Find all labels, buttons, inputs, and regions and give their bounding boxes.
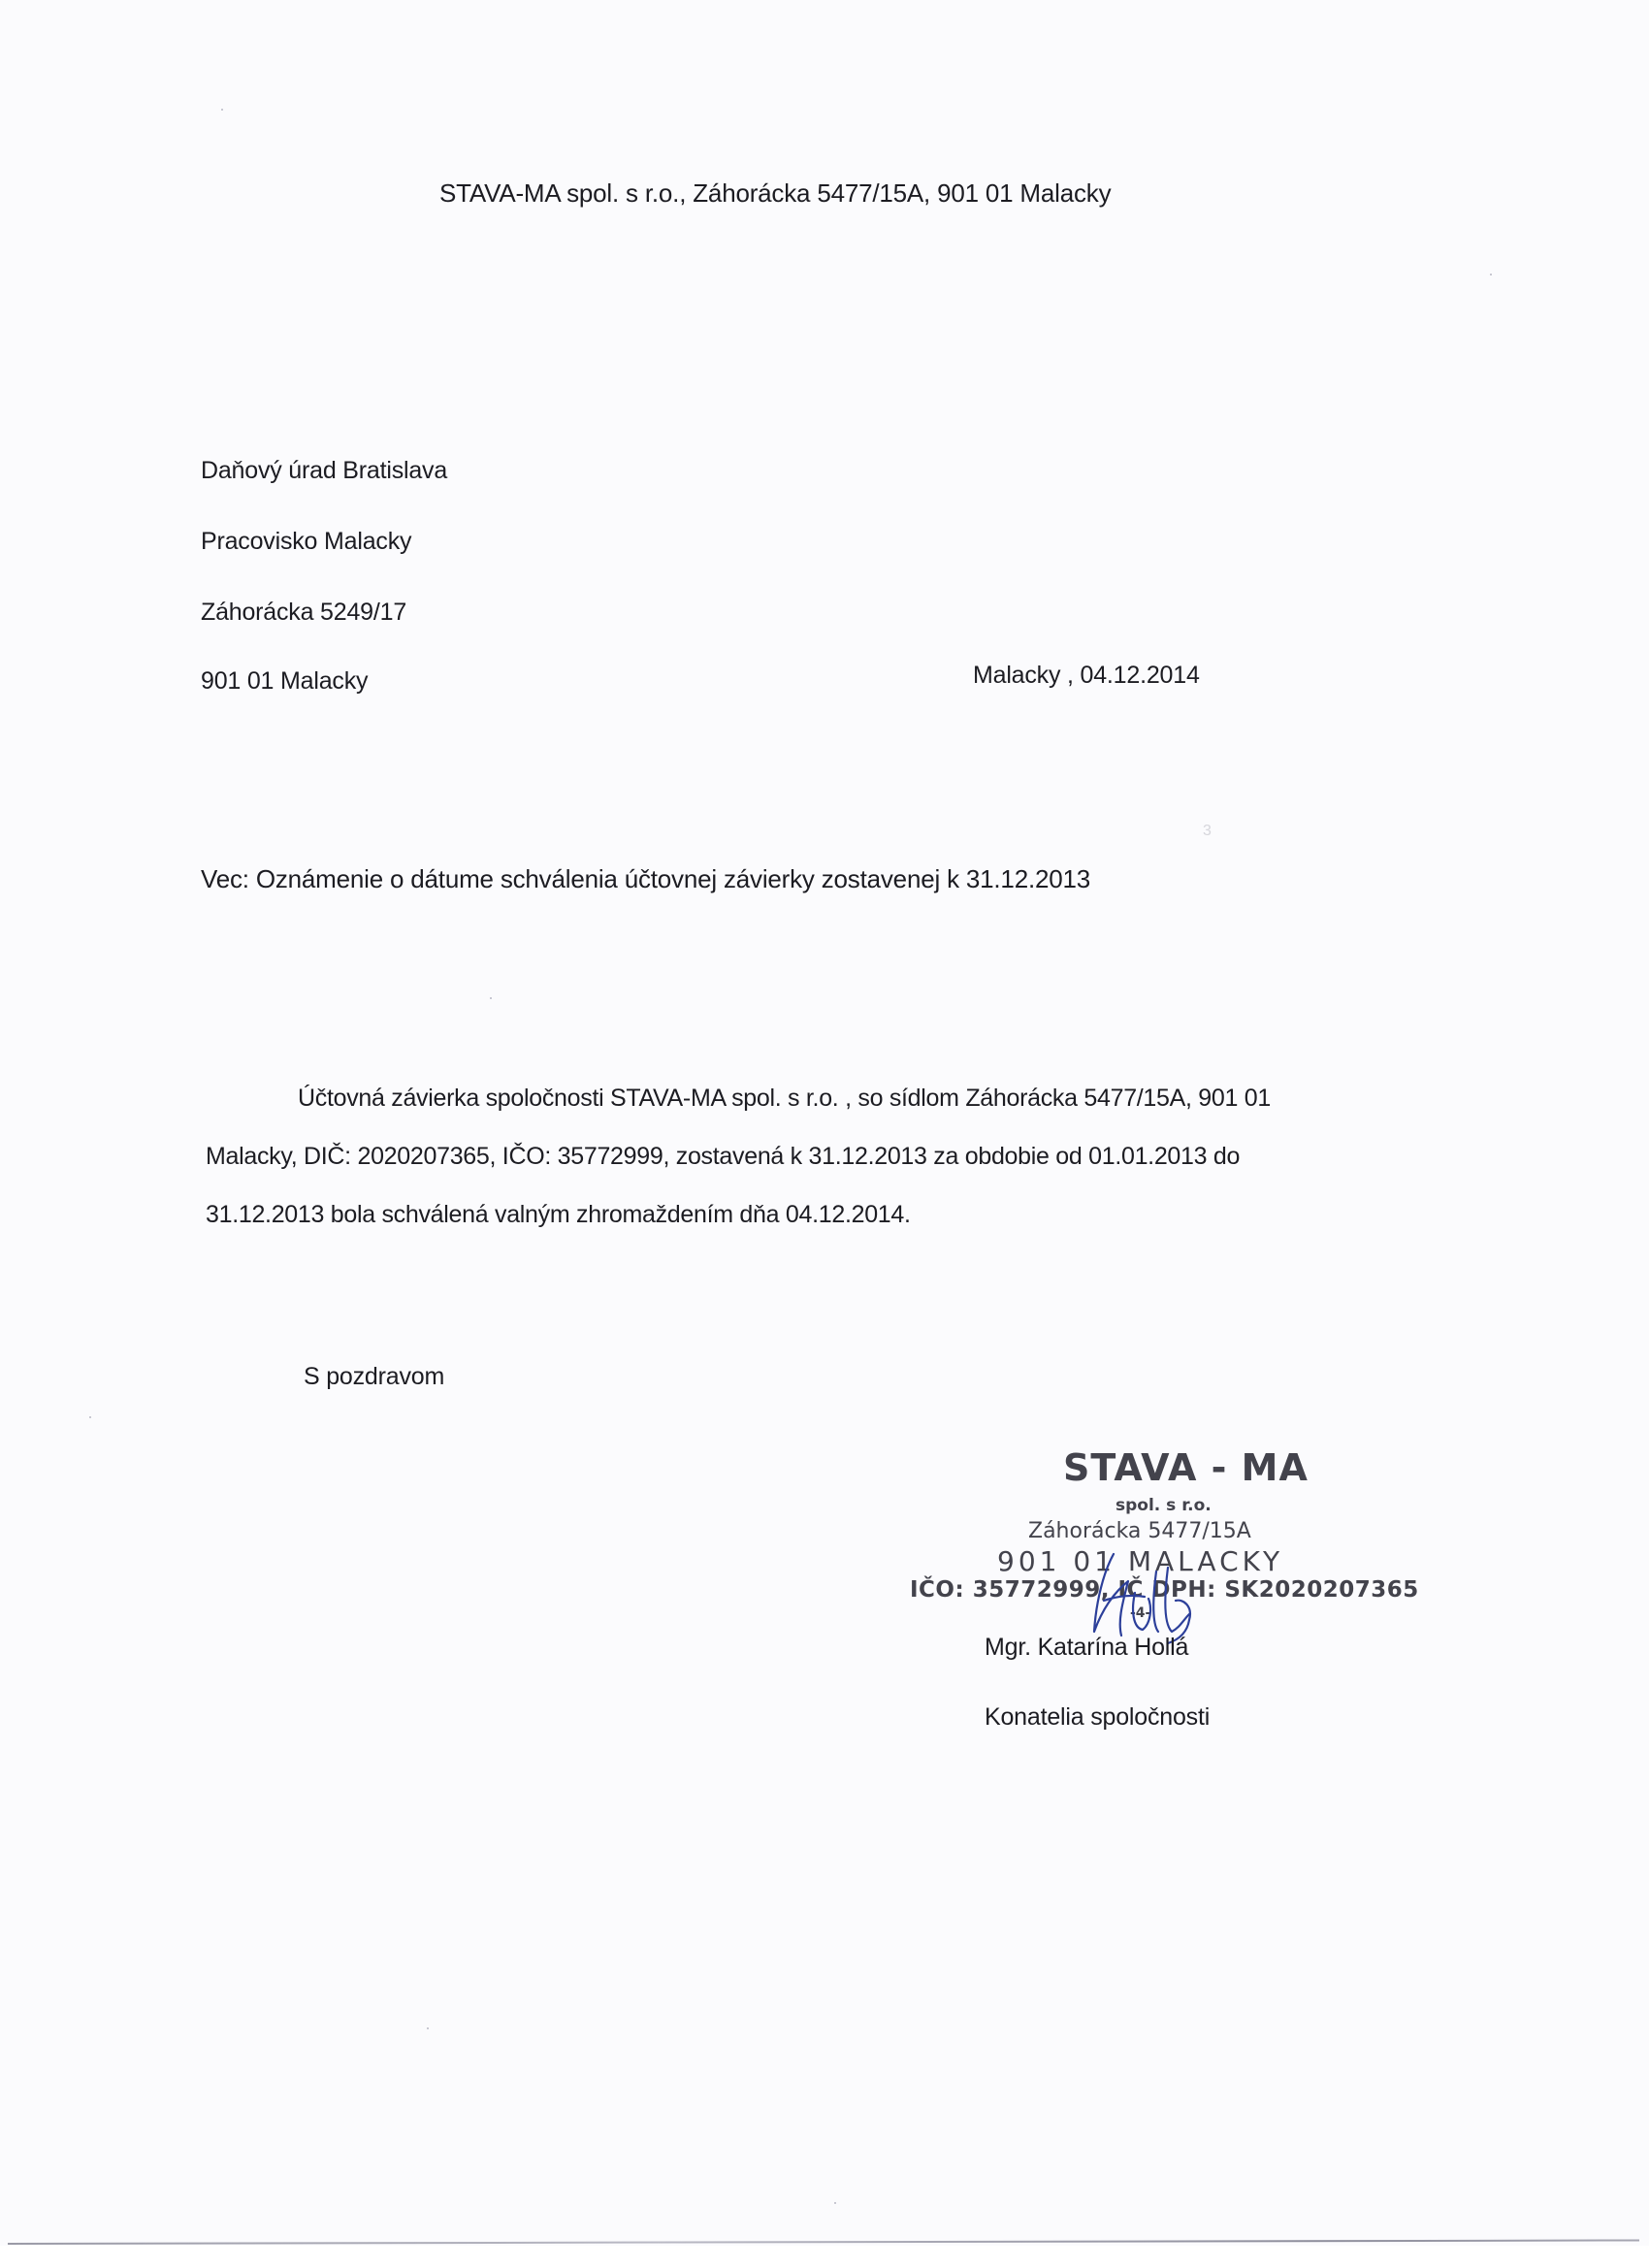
body-line-3: 31.12.2013 bola schválená valným zhromaž… (206, 1185, 1467, 1244)
scan-speck (834, 2202, 836, 2204)
scan-background (0, 2246, 1649, 2268)
scan-speck (427, 2027, 429, 2029)
scanned-letter-page: STAVA-MA spol. s r.o., Záhorácka 5477/15… (0, 0, 1649, 2268)
margin-mark: 3 (1203, 823, 1212, 840)
recipient-line-branch: Pracovisko Malacky (201, 530, 411, 554)
body-line-2: Malacky, DIČ: 2020207365, IČO: 35772999,… (206, 1127, 1467, 1185)
stamp-street: Záhorácka 5477/15A (1028, 1521, 1251, 1542)
letterhead-sender: STAVA-MA spol. s r.o., Záhorácka 5477/15… (439, 180, 1111, 206)
stamp-company-name: STAVA - MA (1063, 1449, 1309, 1486)
signatory-name: Mgr. Katarína Hollá (985, 1636, 1188, 1660)
scan-page-edge (8, 2239, 1639, 2245)
place-and-date: Malacky , 04.12.2014 (973, 664, 1200, 688)
recipient-line-street: Záhorácka 5249/17 (201, 600, 406, 625)
body-paragraph: Účtovná závierka spoločnosti STAVA-MA sp… (206, 1069, 1467, 1244)
subject-line: Vec: Oznámenie o dátume schválenia účtov… (201, 866, 1090, 891)
scan-speck (490, 997, 492, 999)
scan-speck (1490, 274, 1492, 275)
recipient-line-city: 901 01 Malacky (201, 669, 368, 694)
recipient-line-office: Daňový úrad Bratislava (201, 459, 447, 483)
stamp-legal-form: spol. s r.o. (1115, 1498, 1212, 1514)
closing-greeting: S pozdravom (304, 1365, 444, 1389)
body-line-1: Účtovná závierka spoločnosti STAVA-MA sp… (206, 1069, 1467, 1127)
scan-speck (89, 1416, 91, 1418)
scan-speck (221, 109, 223, 111)
signatory-role: Konatelia spoločnosti (985, 1705, 1210, 1730)
